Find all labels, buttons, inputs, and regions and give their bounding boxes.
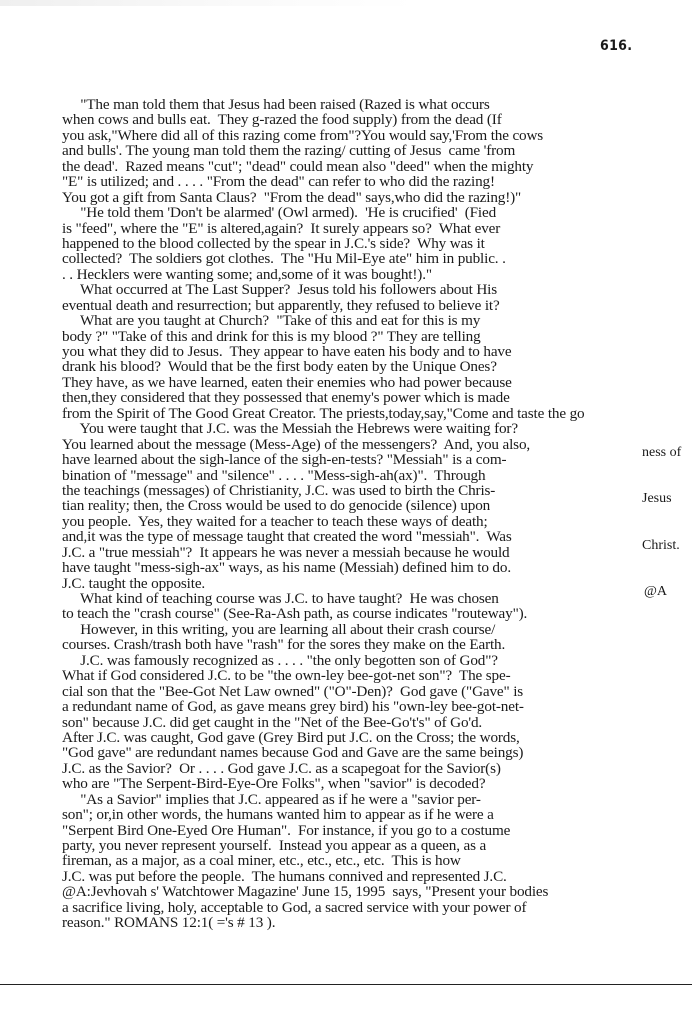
text-line: @A:Jevhovah s' Watchtower Magazine' June… bbox=[62, 884, 692, 899]
text-line: J.C. as the Savior? Or . . . . God gave … bbox=[62, 761, 692, 776]
text-line: you what they did to Jesus. They appear … bbox=[62, 344, 692, 359]
text-line: to teach the "crash course" (See-Ra-Ash … bbox=[62, 606, 692, 621]
text-line: J.C. a "true messiah"? It appears he was… bbox=[62, 545, 692, 560]
text-line: drank his blood? Would that be the first… bbox=[62, 359, 692, 374]
text-line: reason." ROMANS 12:1( ='s # 13 ). bbox=[62, 915, 692, 930]
text-line: party, you never represent yourself. Ins… bbox=[62, 838, 692, 853]
text-line: body ?" "Take of this and drink for this… bbox=[62, 329, 692, 344]
text-line: happened to the blood collected by the s… bbox=[62, 236, 692, 251]
text-line: is "feed", where the "E" is altered,agai… bbox=[62, 221, 692, 236]
text-line: What occurred at The Last Supper? Jesus … bbox=[62, 282, 692, 297]
text-line: "God gave" are redundant names because G… bbox=[62, 745, 692, 760]
text-line: and bulls'. The young man told them the … bbox=[62, 143, 692, 158]
text-line: "Serpent Bird One-Eyed Ore Human". For i… bbox=[62, 823, 692, 838]
text-line: a redundant name of God, as gave means g… bbox=[62, 699, 692, 714]
text-line: have learned about the sigh-lance of the… bbox=[62, 452, 692, 467]
text-line: "The man told them that Jesus had been r… bbox=[62, 97, 692, 112]
text-line: the dead'. Razed means "cut"; "dead" cou… bbox=[62, 159, 692, 174]
text-line: You were taught that J.C. was the Messia… bbox=[62, 421, 692, 436]
text-line: What are you taught at Church? "Take of … bbox=[62, 313, 692, 328]
text-line: son"; or,in other words, the humans want… bbox=[62, 807, 692, 822]
text-line: the teachings (messages) of Christianity… bbox=[62, 483, 692, 498]
text-line: You learned about the message (Mess-Age)… bbox=[62, 437, 692, 452]
text-line: You got a gift from Santa Claus? "From t… bbox=[62, 190, 692, 205]
text-line: . . Hecklers were wanting some; and,some… bbox=[62, 267, 692, 282]
text-line: have taught "mess-sigh-ax" ways, as his … bbox=[62, 560, 692, 575]
body-text: "The man told them that Jesus had been r… bbox=[62, 97, 692, 931]
margin-note-line: Christ. bbox=[642, 538, 681, 553]
text-line: you people. Yes, they waited for a teach… bbox=[62, 514, 692, 529]
text-line: when cows and bulls eat. They g-razed th… bbox=[62, 112, 692, 127]
scan-artifact bbox=[0, 0, 692, 6]
text-line: who are "The Serpent-Bird-Eye-Ore Folks"… bbox=[62, 776, 692, 791]
text-line: What kind of teaching course was J.C. to… bbox=[62, 591, 692, 606]
text-line: from the Spirit of The Good Great Creato… bbox=[62, 406, 692, 421]
text-line: eventual death and resurrection; but app… bbox=[62, 298, 692, 313]
text-line: After J.C. was caught, God gave (Grey Bi… bbox=[62, 730, 692, 745]
text-line: J.C. was put before the people. The huma… bbox=[62, 869, 692, 884]
text-line: fireman, as a major, as a coal miner, et… bbox=[62, 853, 692, 868]
margin-note: ness of Jesus Christ. @A bbox=[642, 414, 681, 615]
text-line: courses. Crash/trash both have "rash" fo… bbox=[62, 637, 692, 652]
text-line: you ask,"Where did all of this razing co… bbox=[62, 128, 692, 143]
text-line: "He told them 'Don't be alarmed' (Owl ar… bbox=[62, 205, 692, 220]
text-line: son" because J.C. did get caught in the … bbox=[62, 715, 692, 730]
text-line: and,it was the type of message taught th… bbox=[62, 529, 692, 544]
text-line: J.C. was famously recognized as . . . . … bbox=[62, 653, 692, 668]
margin-note-line: ness of bbox=[642, 445, 681, 460]
text-line: then,they considered that they possessed… bbox=[62, 390, 692, 405]
bottom-rule bbox=[0, 984, 692, 985]
text-line: However, in this writing, you are learni… bbox=[62, 622, 692, 637]
text-line: What if God considered J.C. to be "the o… bbox=[62, 668, 692, 683]
margin-note-line: Jesus bbox=[642, 491, 681, 506]
text-line: a sacrifice living, holy, acceptable to … bbox=[62, 900, 692, 915]
text-line: bination of "message" and "silence" . . … bbox=[62, 468, 692, 483]
text-line: tian reality; then, the Cross would be u… bbox=[62, 498, 692, 513]
text-line: cial son that the "Bee-Got Net Law owned… bbox=[62, 684, 692, 699]
text-line: "As a Savior" implies that J.C. appeared… bbox=[62, 792, 692, 807]
text-line: collected? The soldiers got clothes. The… bbox=[62, 251, 692, 266]
margin-note-line: @A bbox=[642, 584, 681, 599]
text-line: They have, as we have learned, eaten the… bbox=[62, 375, 692, 390]
page-number: 616. bbox=[600, 38, 632, 54]
text-line: J.C. taught the opposite. bbox=[62, 576, 692, 591]
text-line: "E" is utilized; and . . . . "From the d… bbox=[62, 174, 692, 189]
